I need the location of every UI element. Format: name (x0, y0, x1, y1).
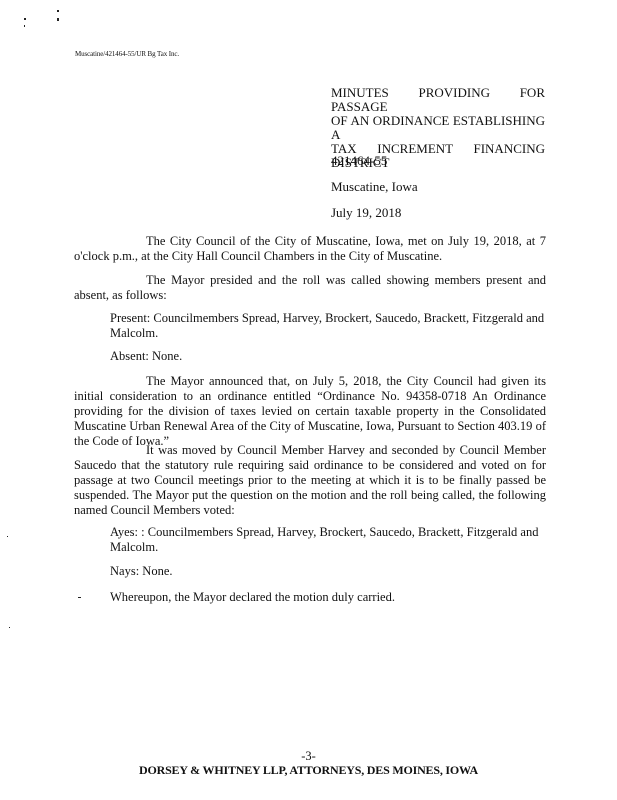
scan-speck (24, 25, 25, 27)
paragraph-roll: The Mayor presided and the roll was call… (74, 273, 546, 303)
document-reference: Muscatine/421464-55/UR Bg Tax Inc. (75, 50, 179, 58)
scan-speck (57, 10, 59, 12)
paragraph-announcement: The Mayor announced that, on July 5, 201… (74, 374, 546, 449)
page-number: -3- (0, 749, 617, 764)
motion-carried: Whereupon, the Mayor declared the motion… (110, 590, 546, 605)
nays-vote: Nays: None. (110, 564, 546, 579)
paragraph-text: It was moved by Council Member Harvey an… (74, 443, 546, 517)
paragraph-motion: It was moved by Council Member Harvey an… (74, 443, 546, 518)
paragraph-text: The Mayor presided and the roll was call… (74, 273, 546, 302)
title-line: MINUTES PROVIDING FOR PASSAGE (331, 86, 545, 114)
scan-speck (57, 18, 59, 21)
scan-speck (7, 536, 8, 537)
meeting-date: July 19, 2018 (331, 205, 401, 221)
document-page: Muscatine/421464-55/UR Bg Tax Inc. MINUT… (0, 0, 617, 800)
file-number: 421464-55 (331, 153, 387, 169)
paragraph-text: The City Council of the City of Muscatin… (74, 234, 546, 263)
scan-speck (78, 597, 81, 598)
title-line: OF AN ORDINANCE ESTABLISHING A (331, 114, 545, 142)
firm-footer: DORSEY & WHITNEY LLP, ATTORNEYS, DES MOI… (0, 763, 617, 778)
scan-speck (9, 627, 10, 628)
absent-members: Absent: None. (110, 349, 546, 364)
ayes-vote: Ayes: : Councilmembers Spread, Harvey, B… (110, 525, 546, 555)
paragraph-text: The Mayor announced that, on July 5, 201… (74, 374, 546, 448)
scan-speck (24, 18, 26, 20)
location: Muscatine, Iowa (331, 179, 418, 195)
present-members: Present: Councilmembers Spread, Harvey, … (110, 311, 546, 341)
paragraph-meeting: The City Council of the City of Muscatin… (74, 234, 546, 264)
